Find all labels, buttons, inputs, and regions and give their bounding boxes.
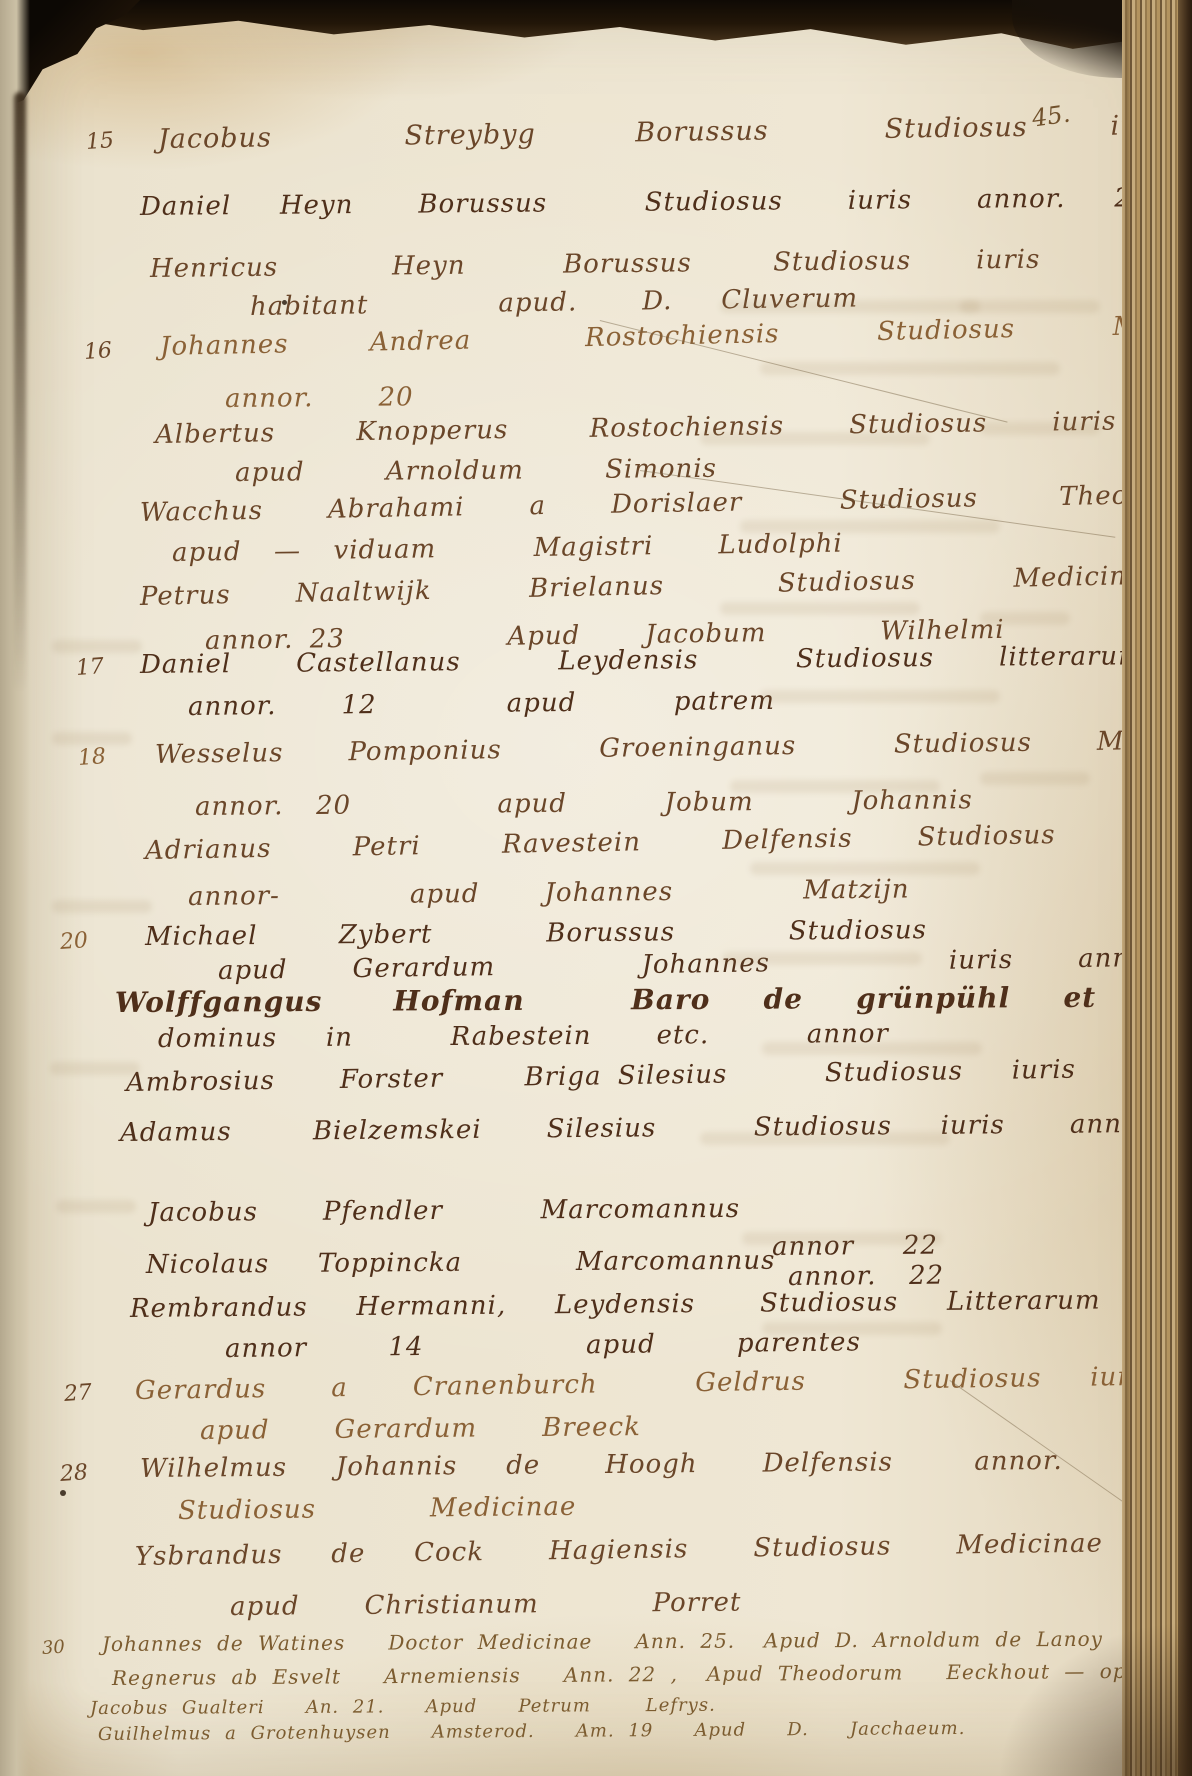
bleed-through-mark bbox=[740, 520, 1000, 533]
margin-number: 18 bbox=[77, 744, 107, 771]
margin-number: 16 bbox=[83, 338, 113, 365]
manuscript-line: Daniel Heyn Borussus Studiosus iuris ann… bbox=[140, 185, 1150, 221]
bleed-through-mark bbox=[980, 772, 1090, 785]
bleed-through-mark bbox=[720, 602, 920, 615]
manuscript-line: Jacobus Streybyg Borussus Studiosus iuri… bbox=[158, 108, 1192, 154]
bleed-through-mark bbox=[52, 900, 152, 913]
bleed-through-mark bbox=[700, 1132, 950, 1145]
manuscript-line: Adrianus Petri Ravestein Delfensis Studi… bbox=[145, 818, 1192, 866]
bleed-through-mark bbox=[52, 640, 142, 653]
manuscript-line: Ambrosius Forster Briga Silesius Studios… bbox=[126, 1054, 1192, 1098]
manuscript-line: Wesselus Pomponius Groeninganus Studiosu… bbox=[155, 727, 1192, 769]
manuscript-line: Guilhelmus a Grotenhuysen Amsterod. Am. … bbox=[98, 1720, 966, 1745]
manuscript-line: apud Christianum Porret bbox=[230, 1590, 742, 1622]
fore-edge-outer-band bbox=[1178, 0, 1192, 1776]
manuscript-line: Petrus Naaltwijk Brielanus Studiosus Med… bbox=[140, 563, 1160, 612]
manuscript-line: Ysbrandus de Cock Hagiensis Studiosus Me… bbox=[135, 1528, 1192, 1572]
bleed-through-mark bbox=[980, 422, 1100, 435]
bleed-through-mark bbox=[980, 612, 1070, 625]
margin-number: 15 bbox=[85, 128, 115, 155]
manuscript-line: Studiosus Medicinae bbox=[178, 1494, 577, 1525]
margin-number: 20 bbox=[59, 928, 89, 955]
bleed-through-mark bbox=[762, 1042, 982, 1055]
margin-number: 17 bbox=[75, 654, 105, 681]
manuscript-line: Wolffgangus Hofman Baro de grünpühl et S… bbox=[115, 982, 1192, 1018]
manuscript-line: apud Gerardum Breeck bbox=[200, 1414, 641, 1445]
bleed-through-mark bbox=[56, 1200, 136, 1213]
bleed-through-mark bbox=[722, 952, 922, 965]
manuscript-line: Gerardus a Cranenburch Geldrus Studiosus… bbox=[135, 1361, 1192, 1406]
bleed-through-mark bbox=[960, 300, 1100, 313]
page-stack-fore-edge bbox=[1122, 0, 1192, 1776]
bleed-through-mark bbox=[730, 780, 940, 793]
bleed-through-mark bbox=[760, 690, 1000, 703]
margin-number: 27 bbox=[63, 1380, 93, 1407]
manuscript-line: Nicolaus Toppincka Marcomannus bbox=[146, 1248, 776, 1280]
manuscript-line: Jacobus Gualteri An. 21. Apud Petrum Lef… bbox=[90, 1697, 716, 1719]
manuscript-line: Jacobus Pfendler Marcomannus bbox=[148, 1196, 740, 1227]
manuscript-line: Wilhelmus Johannis de Hoogh Delfensis an… bbox=[140, 1447, 1163, 1483]
bleed-through-mark bbox=[700, 432, 930, 445]
manuscript-line: apud — viduam Magistri Ludolphi bbox=[172, 531, 843, 568]
bleed-through-mark bbox=[50, 1062, 140, 1075]
manuscript-line: Adamus Bielzemskei Silesius Studiosus iu… bbox=[120, 1110, 1192, 1147]
bleed-through-mark bbox=[760, 362, 1060, 375]
manuscript-line: Daniel Castellanus Leydensis Studiosus l… bbox=[140, 643, 1144, 679]
bleed-through-mark bbox=[742, 1232, 942, 1245]
ink-spot bbox=[60, 1490, 66, 1496]
manuscript-line: annor- apud Johannes Matzijn bbox=[188, 876, 910, 911]
bleed-through-mark bbox=[720, 300, 980, 313]
manuscript-line: Michael Zybert Borussus Studiosus bbox=[145, 917, 927, 951]
manuscript-page: 45. Jacobus Streybyg Borussus Studiosus … bbox=[0, 0, 1192, 1776]
manuscript-line: annor. 20 bbox=[225, 384, 414, 413]
manuscript-line: annor. 12 apud patrem bbox=[188, 688, 775, 721]
margin-number: 28 bbox=[59, 1460, 89, 1487]
book-photo: 45. Jacobus Streybyg Borussus Studiosus … bbox=[0, 0, 1192, 1776]
bleed-through-mark bbox=[52, 732, 132, 745]
bottom-right-shade bbox=[992, 1616, 1192, 1776]
margin-number: 30 bbox=[41, 1636, 65, 1659]
manuscript-line: Rembrandus Hermanni, Leydensis Studiosus… bbox=[130, 1288, 1101, 1324]
bleed-through-mark bbox=[762, 1322, 942, 1335]
manuscript-line: Henricus Heyn Borussus Studiosus iuris a… bbox=[150, 244, 1192, 283]
spine-crack-shadow bbox=[14, 92, 26, 692]
ink-spot bbox=[282, 300, 287, 305]
bleed-through-mark bbox=[750, 862, 980, 875]
